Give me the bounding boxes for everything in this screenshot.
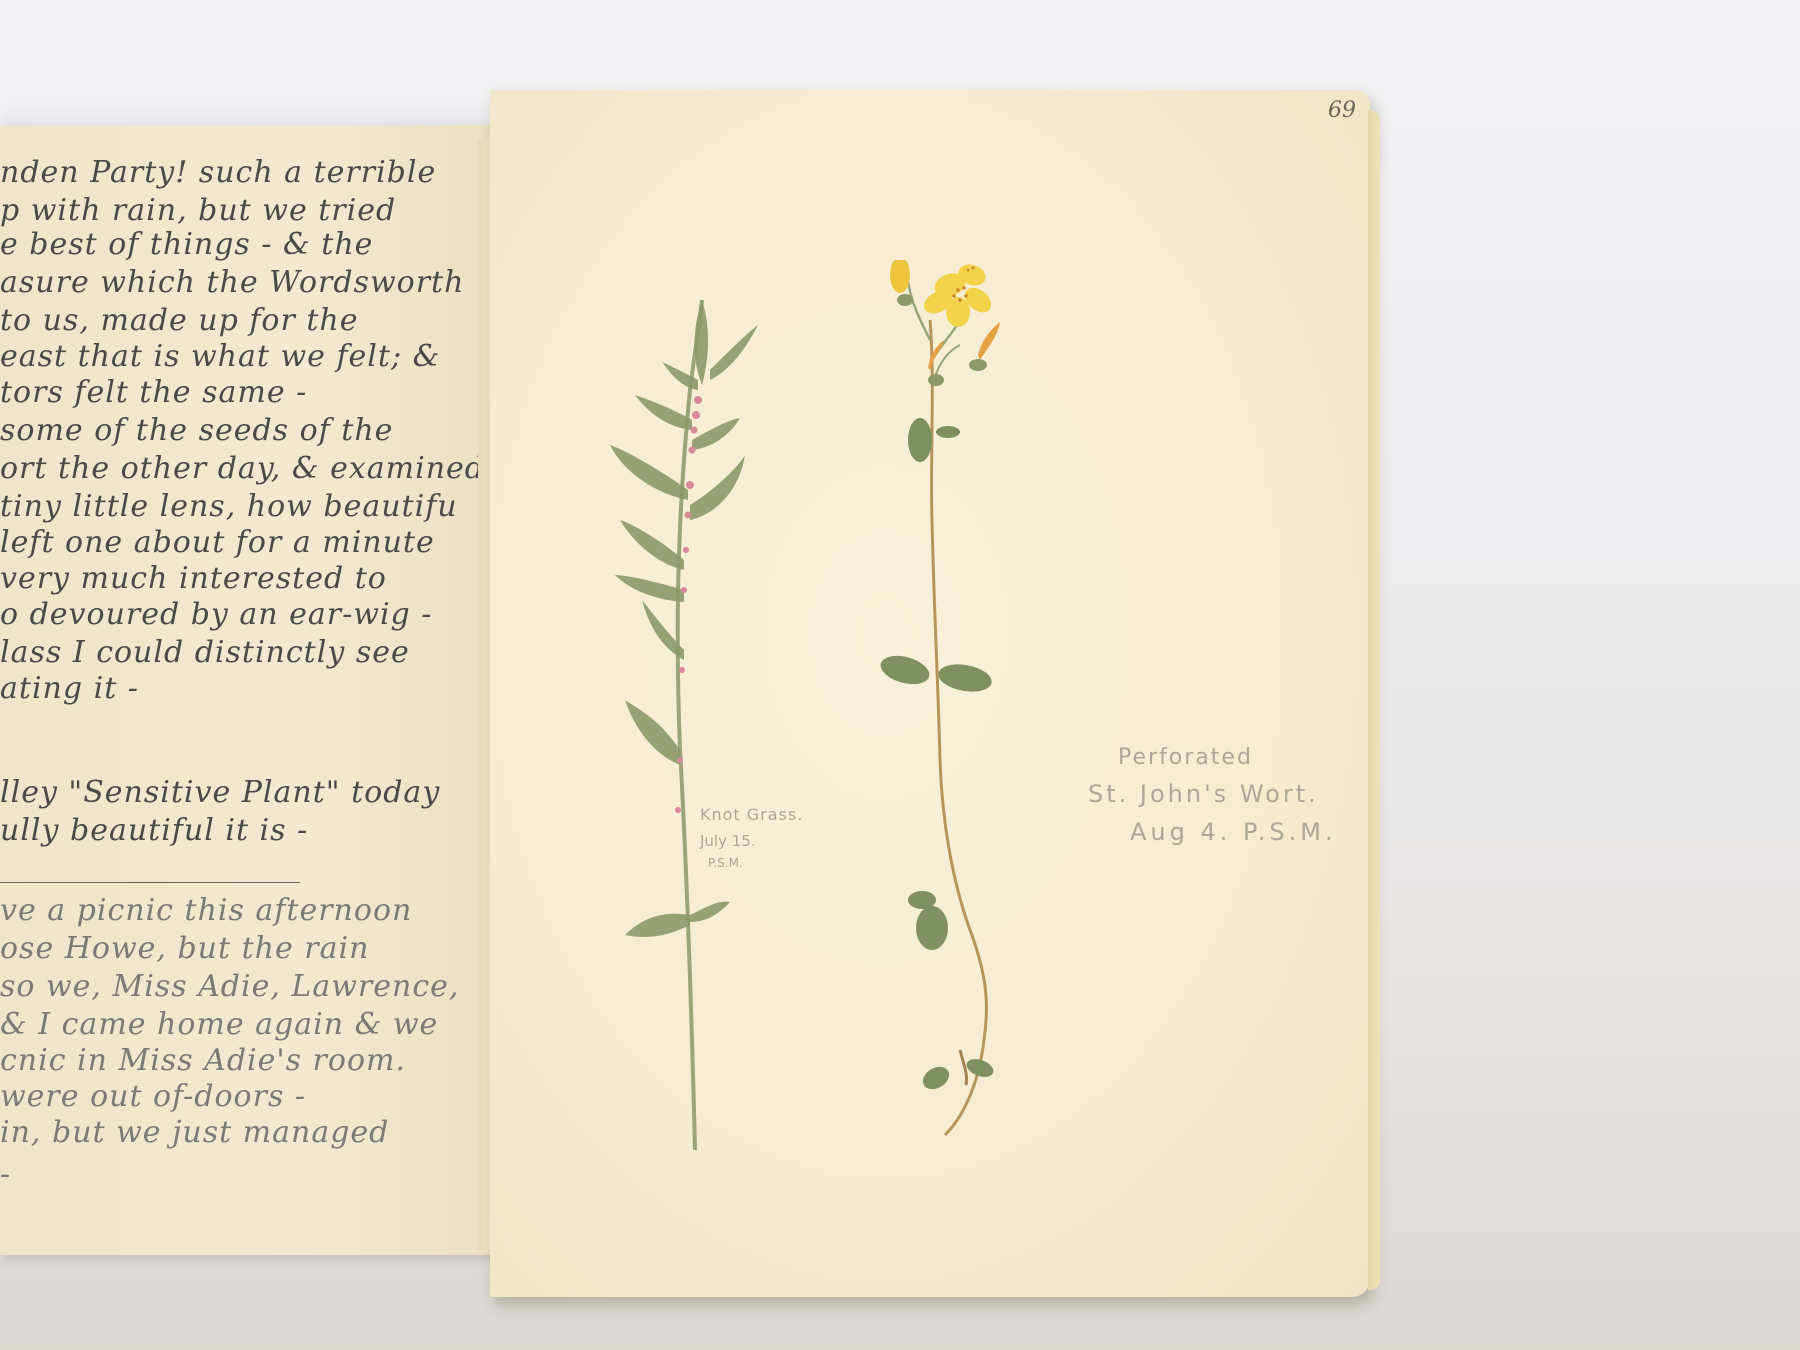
handwriting-line: to us, made up for the — [0, 303, 359, 338]
handwriting-line: so we, Miss Adie, Lawrence, — [0, 969, 459, 1004]
knot-grass-caption-initials: P.S.M. — [708, 856, 743, 870]
left-page-handwritten: nden Party! such a terrible p with rain,… — [0, 125, 505, 1255]
handwriting-line: & I came home again & we — [0, 1007, 438, 1042]
handwriting-line: lley "Sensitive Plant" today — [0, 775, 440, 810]
handwriting-line: lass I could distinctly see — [0, 635, 410, 670]
handwriting-line: in, but we just managed — [0, 1115, 389, 1150]
st-johns-wort-illustration — [860, 260, 1080, 1140]
right-page-illustrated: 69 Knot Grass. July 15. P.S.M. — [490, 90, 1370, 1297]
handwriting-line: east that is what we felt; & — [0, 339, 440, 374]
section-divider — [0, 882, 300, 883]
st-johns-wort-caption-name-line1: Perforated — [1118, 745, 1253, 770]
handwriting-line: tors felt the same - — [0, 375, 307, 410]
handwriting-line: ating it - — [0, 671, 139, 706]
handwriting-line: were out of-doors - — [0, 1079, 306, 1114]
knot-grass-caption-name: Knot Grass. — [700, 805, 803, 824]
st-johns-wort-caption-name-line2: St. John's Wort. — [1088, 780, 1319, 808]
handwriting-line: cnic in Miss Adie's room. — [0, 1043, 406, 1078]
handwriting-line: ose Howe, but the rain — [0, 931, 369, 966]
handwriting-line: some of the seeds of the — [0, 413, 393, 448]
handwriting-line: nden Party! such a terrible — [0, 155, 436, 190]
handwriting-line: asure which the Wordsworth — [0, 265, 464, 300]
handwriting-line: - — [0, 1157, 11, 1192]
handwriting-line: very much interested to — [0, 561, 387, 596]
handwriting-line: left one about for a minute — [0, 525, 435, 560]
handwriting-line: ort the other day, & examined — [0, 451, 485, 486]
page-number: 69 — [1328, 98, 1356, 123]
handwriting-line: o devoured by an ear-wig - — [0, 597, 432, 632]
handwriting-line: ully beautiful it is - — [0, 813, 308, 848]
knot-grass-illustration — [580, 290, 760, 1170]
page-stack-edge — [1368, 110, 1380, 1290]
handwriting-line: e best of things - & the — [0, 227, 373, 262]
handwriting-line: tiny little lens, how beautifu — [0, 489, 458, 524]
handwriting-line: p with rain, but we tried — [0, 193, 396, 228]
handwriting-line: ve a picnic this afternoon — [0, 893, 412, 928]
knot-grass-caption-date: July 15. — [700, 832, 756, 850]
st-johns-wort-caption-date-initials: Aug 4. P.S.M. — [1130, 818, 1337, 846]
